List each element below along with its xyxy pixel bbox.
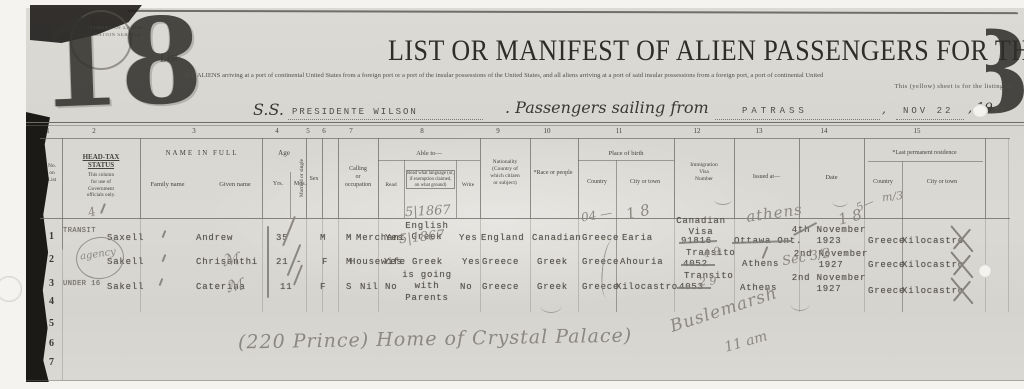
grid-line	[1008, 138, 1009, 312]
list-label: List	[159, 49, 178, 65]
header-no-on-list: No. on List	[42, 163, 62, 184]
sailing-date: NOV 22	[903, 106, 953, 116]
header-date: Date	[799, 174, 864, 181]
x-mark-row2	[952, 254, 972, 274]
col-number-1: 1	[41, 127, 55, 135]
pen-vertical-stroke	[267, 226, 269, 298]
cell-sex-3: F	[320, 282, 326, 292]
comma-mark: ,	[882, 102, 886, 116]
ss-label: S.S.	[253, 100, 284, 119]
grid-line	[338, 138, 339, 312]
hole-punch	[0, 276, 22, 302]
rule-under-vessel-line	[26, 122, 1024, 123]
cell-race-1: Canadian	[532, 233, 582, 243]
grid-line	[985, 138, 986, 312]
hand-squiggle	[790, 296, 810, 311]
grid-line	[578, 138, 579, 312]
col-number-6: 6	[317, 127, 331, 135]
row-number-7: 7	[49, 357, 54, 368]
header-lpr-country: Country	[864, 179, 902, 185]
header-lpr-city: City or town	[902, 179, 982, 185]
header-birth-city: City or town	[616, 179, 674, 185]
hand-squiggle	[832, 196, 848, 207]
grid-line	[262, 138, 263, 312]
col-number-13: 13	[752, 127, 766, 135]
sailing-from-label: . Passengers sailing from	[505, 98, 709, 117]
cell-married-3: S	[346, 282, 352, 292]
cell-language-3: is going with Parents	[392, 270, 462, 304]
manifest-subtitle: ALL ALIENS arriving at a port of contine…	[183, 72, 1013, 79]
header-calling: Calling or occupation	[338, 166, 378, 189]
vessel-name: PRESIDENTE WILSON	[292, 107, 418, 117]
manifest-title: LIST OR MANIFEST OF ALIEN PASSENGERS FOR…	[388, 34, 1013, 68]
header-read-language: Read what language (or, if exemption cla…	[406, 170, 455, 189]
header-read: Read	[378, 182, 404, 188]
hole-punch	[972, 104, 988, 118]
cell-nationality-1: England	[481, 233, 524, 243]
cell-nationality-2: Greece	[482, 257, 519, 267]
cell-lpr-country-3: Greece	[868, 286, 905, 296]
page-bottom-edge	[26, 380, 1024, 381]
header-ableto-group: Able to—	[378, 150, 480, 157]
cell-given-1: Andrew	[196, 233, 233, 243]
grid-line	[62, 138, 63, 380]
cell-sex-1: M	[320, 233, 326, 243]
rule-under-vessel-line-2	[26, 125, 1024, 126]
cell-lpr-country-1: Greece	[868, 236, 905, 246]
col-number-3: 3	[187, 127, 201, 135]
col-number-4: 4	[270, 127, 284, 135]
col-number-10: 10	[540, 127, 554, 135]
grid-line	[306, 138, 307, 312]
grid-line	[290, 172, 291, 218]
port-of-sailing: PATRASS	[742, 106, 808, 116]
cell-race-3: Greek	[537, 282, 568, 292]
strike-visa-number-3	[677, 287, 711, 289]
cell-visa-type-1: Canadian Visa	[676, 216, 726, 238]
cell-married-1: M	[346, 233, 352, 243]
cell-read-2: Yes	[384, 257, 403, 267]
row-number-4: 4	[49, 296, 54, 307]
hand-squiggle	[714, 194, 732, 205]
cell-age-2: 21	[276, 257, 288, 267]
col-number-12: 12	[690, 127, 704, 135]
header-birth-group: Place of birth	[578, 150, 674, 157]
hand-1867-row1: 5|1867	[405, 203, 451, 220]
col-number-7: 7	[344, 127, 358, 135]
col-number-5: 5	[301, 127, 315, 135]
header-write: Write	[456, 182, 480, 188]
hand-squiggle	[540, 298, 562, 313]
cell-nationality-3: Greece	[482, 282, 519, 292]
scanned-manifest-sheet: U.S. DEPARTMENT OF LABOR IMMIGRATION SER…	[0, 0, 1024, 389]
header-given-name: Given name	[200, 181, 270, 188]
cell-issued-2: Athens	[742, 259, 779, 269]
sheet-number-stamp: 18	[36, 1, 204, 125]
header-birth-country: Country	[578, 179, 616, 185]
header-name-group: NAME IN FULL	[140, 149, 264, 157]
cell-birth-city-2: Ahouria	[620, 257, 663, 267]
col-number-14: 14	[817, 127, 831, 135]
col-number-15: 15	[910, 127, 924, 135]
x-mark-row1	[952, 228, 972, 248]
hand-flourish: ℳ	[224, 274, 245, 296]
grid-line	[456, 160, 457, 218]
header-married-single: Married or single	[299, 147, 305, 209]
cell-age-3: 11	[280, 282, 292, 292]
cell-date-3: 2nd November 1927	[790, 273, 868, 296]
rule-under-ableto	[378, 160, 480, 161]
vessel-underline	[288, 118, 483, 120]
cell-language-2: Greek	[412, 257, 443, 267]
strike-visa-number-2	[681, 264, 715, 266]
col-number-11: 11	[612, 127, 626, 135]
cell-lpr-country-2: Greece	[868, 260, 905, 270]
row-number-3: 3	[49, 278, 54, 289]
cell-headtax-1: TRANSIT	[63, 227, 96, 235]
header-lpr-group: *Last permanent residence	[864, 150, 985, 156]
header-sex: Sex	[304, 176, 324, 182]
cell-write-3: No	[460, 282, 472, 292]
header-family-name: Family name	[130, 181, 205, 188]
header-headtax: HEAD-TAX STATUS	[64, 153, 138, 170]
hole-punch	[978, 264, 992, 278]
col-number-9: 9	[491, 127, 505, 135]
cell-headtax-3: UNDER 16	[63, 280, 101, 288]
header-issued-at: Issued at—	[734, 174, 799, 180]
row-number-6: 6	[49, 338, 54, 349]
rule-under-lpr	[868, 161, 983, 162]
cell-race-2: Greek	[537, 257, 568, 267]
row-number-2: 2	[49, 254, 54, 265]
col-number-8: 8	[415, 127, 429, 135]
header-race: *Race or people	[524, 170, 582, 176]
header-headtax-note: This column for use of Government offici…	[66, 172, 136, 199]
cell-write-1: Yes	[459, 233, 478, 243]
hand-m3: m/3	[881, 189, 903, 204]
manifest-subtitle-right: This (yellow) sheet is for the listing o…	[700, 83, 1012, 90]
row-number-5: 5	[49, 318, 54, 329]
cell-calling-3: Nil	[360, 282, 379, 292]
header-yrs: Yrs.	[266, 181, 290, 187]
col-number-2: 2	[87, 127, 101, 135]
year-typed: 27	[994, 106, 1005, 116]
row-number-1: 1	[49, 231, 54, 242]
x-mark-row3	[952, 280, 972, 300]
cell-sex-2: F	[322, 257, 328, 267]
hand-flourish: ℳ	[220, 249, 240, 271]
cell-write-2: Yes	[462, 257, 481, 267]
cell-birth-city-1: Earia	[622, 233, 653, 243]
port-underline	[715, 118, 880, 120]
grid-line	[734, 138, 735, 312]
cell-family-3: Sakell	[107, 282, 144, 292]
date-underline	[896, 118, 964, 120]
cell-birth-city-3: Xilocastro	[616, 282, 678, 292]
rule-under-placebirth	[578, 160, 674, 161]
header-visa-number: Immigration Visa Number	[674, 162, 734, 183]
